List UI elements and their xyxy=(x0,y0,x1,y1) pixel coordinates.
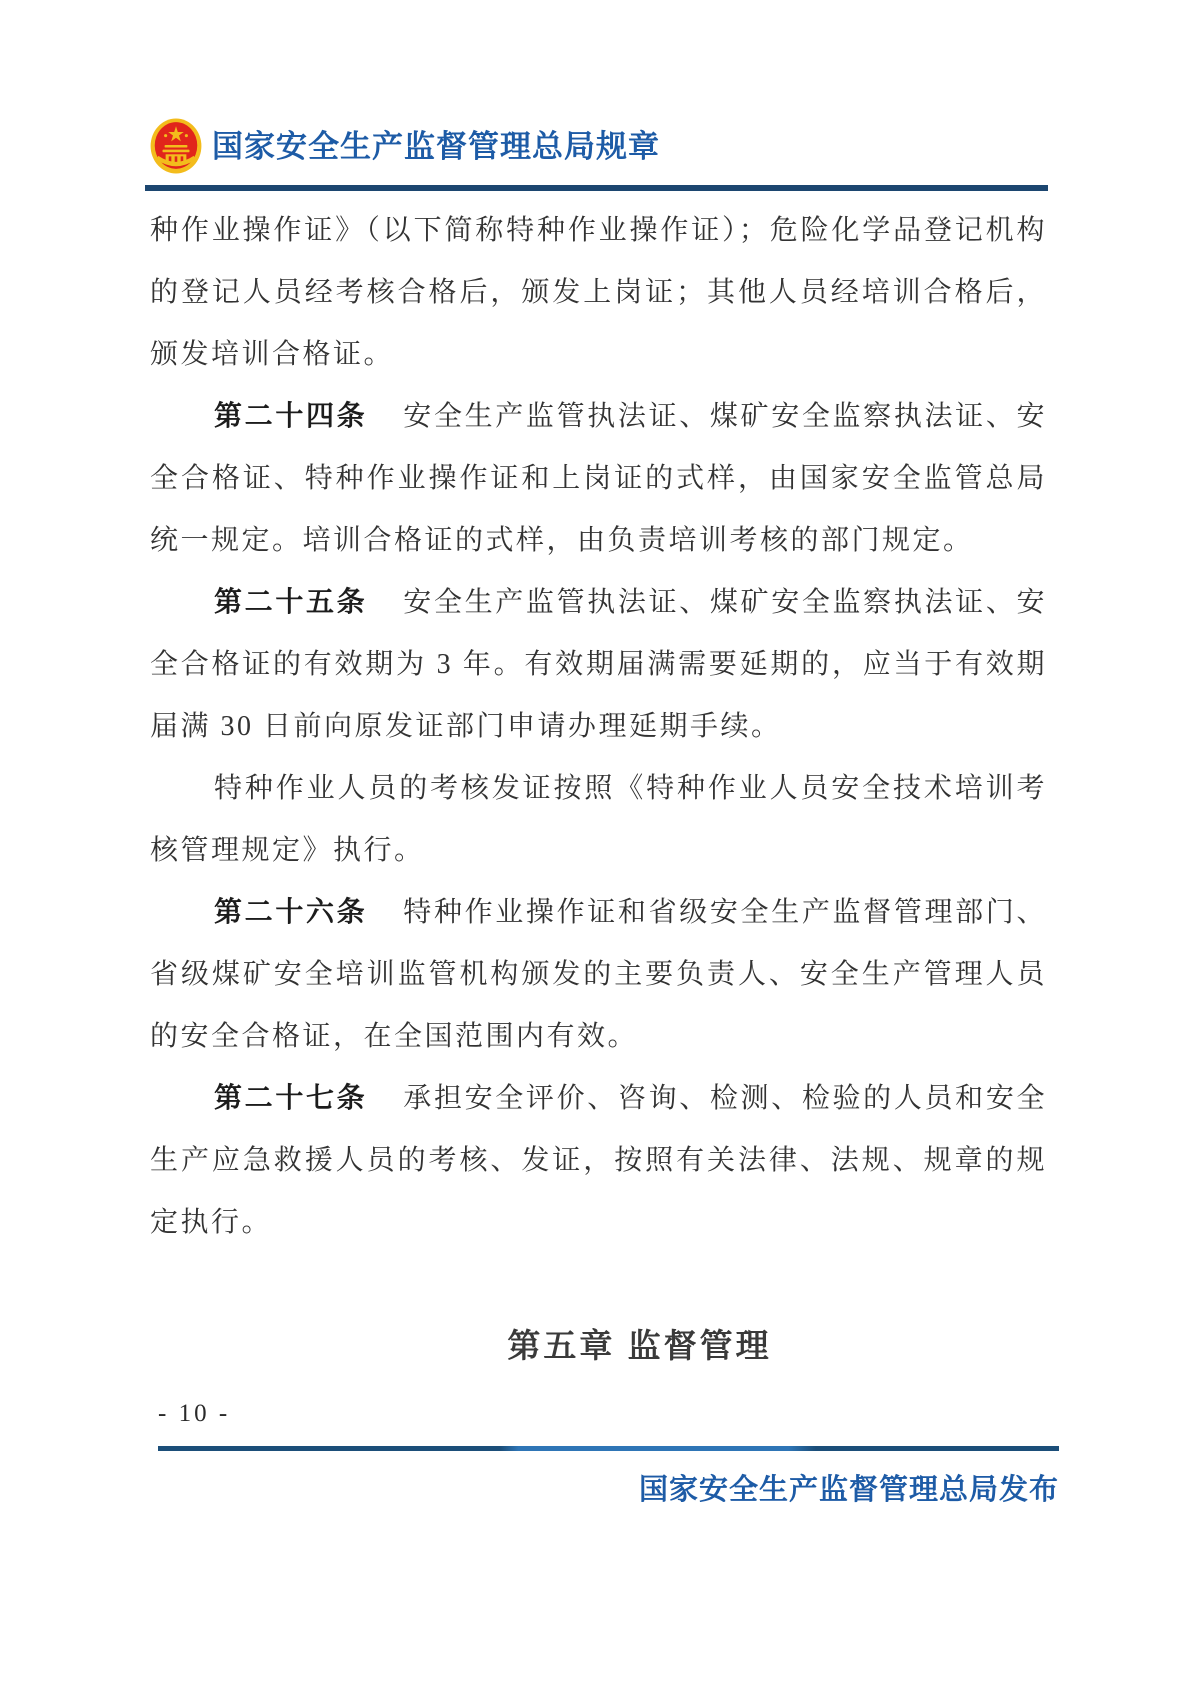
paragraph-article-26: 第二十六条特种作业操作证和省级安全生产监督管理部门、省级煤矿安全培训监管机构颁发… xyxy=(150,882,1047,1068)
article-number: 第二十五条 xyxy=(214,587,367,618)
article-number: 第二十七条 xyxy=(214,1083,367,1114)
page-title: 国家安全生产监督管理总局规章 xyxy=(212,131,660,163)
footer-rule xyxy=(158,1446,1059,1451)
document-page: 国家安全生产监督管理总局规章 种作业操作证》（以下简称特种作业操作证）；危险化学… xyxy=(0,0,1190,1683)
paragraph-article-27: 第二十七条承担安全评价、咨询、检测、检验的人员和安全生产应急救援人员的考核、发证… xyxy=(150,1068,1047,1254)
paragraph-article-24: 第二十四条安全生产监管执法证、煤矿安全监察执法证、安全合格证、特种作业操作证和上… xyxy=(150,386,1047,572)
publisher-line: 国家安全生产监督管理总局发布 xyxy=(639,1472,1059,1508)
paragraph-continuation: 种作业操作证》（以下简称特种作业操作证）；危险化学品登记机构的登记人员经考核合格… xyxy=(150,200,1047,386)
chapter-heading: 第五章 监督管理 xyxy=(191,1322,1088,1370)
paragraph-text: 种作业操作证》（以下简称特种作业操作证）；危险化学品登记机构的登记人员经考核合格… xyxy=(150,215,1047,370)
header-rule xyxy=(145,185,1048,191)
paragraph-special-operations: 特种作业人员的考核发证按照《特种作业人员安全技术培训考核管理规定》执行。 xyxy=(150,758,1047,882)
article-number: 第二十四条 xyxy=(214,401,367,432)
article-number: 第二十六条 xyxy=(214,897,367,928)
paragraph-article-25: 第二十五条安全生产监管执法证、煤矿安全监察执法证、安全合格证的有效期为 3 年。… xyxy=(150,572,1047,758)
page-number: - 10 - xyxy=(158,1399,230,1429)
paragraph-text: 特种作业人员的考核发证按照《特种作业人员安全技术培训考核管理规定》执行。 xyxy=(150,773,1047,866)
national-emblem-icon xyxy=(150,118,202,174)
document-body: 种作业操作证》（以下简称特种作业操作证）；危险化学品登记机构的登记人员经考核合格… xyxy=(150,200,1047,1254)
